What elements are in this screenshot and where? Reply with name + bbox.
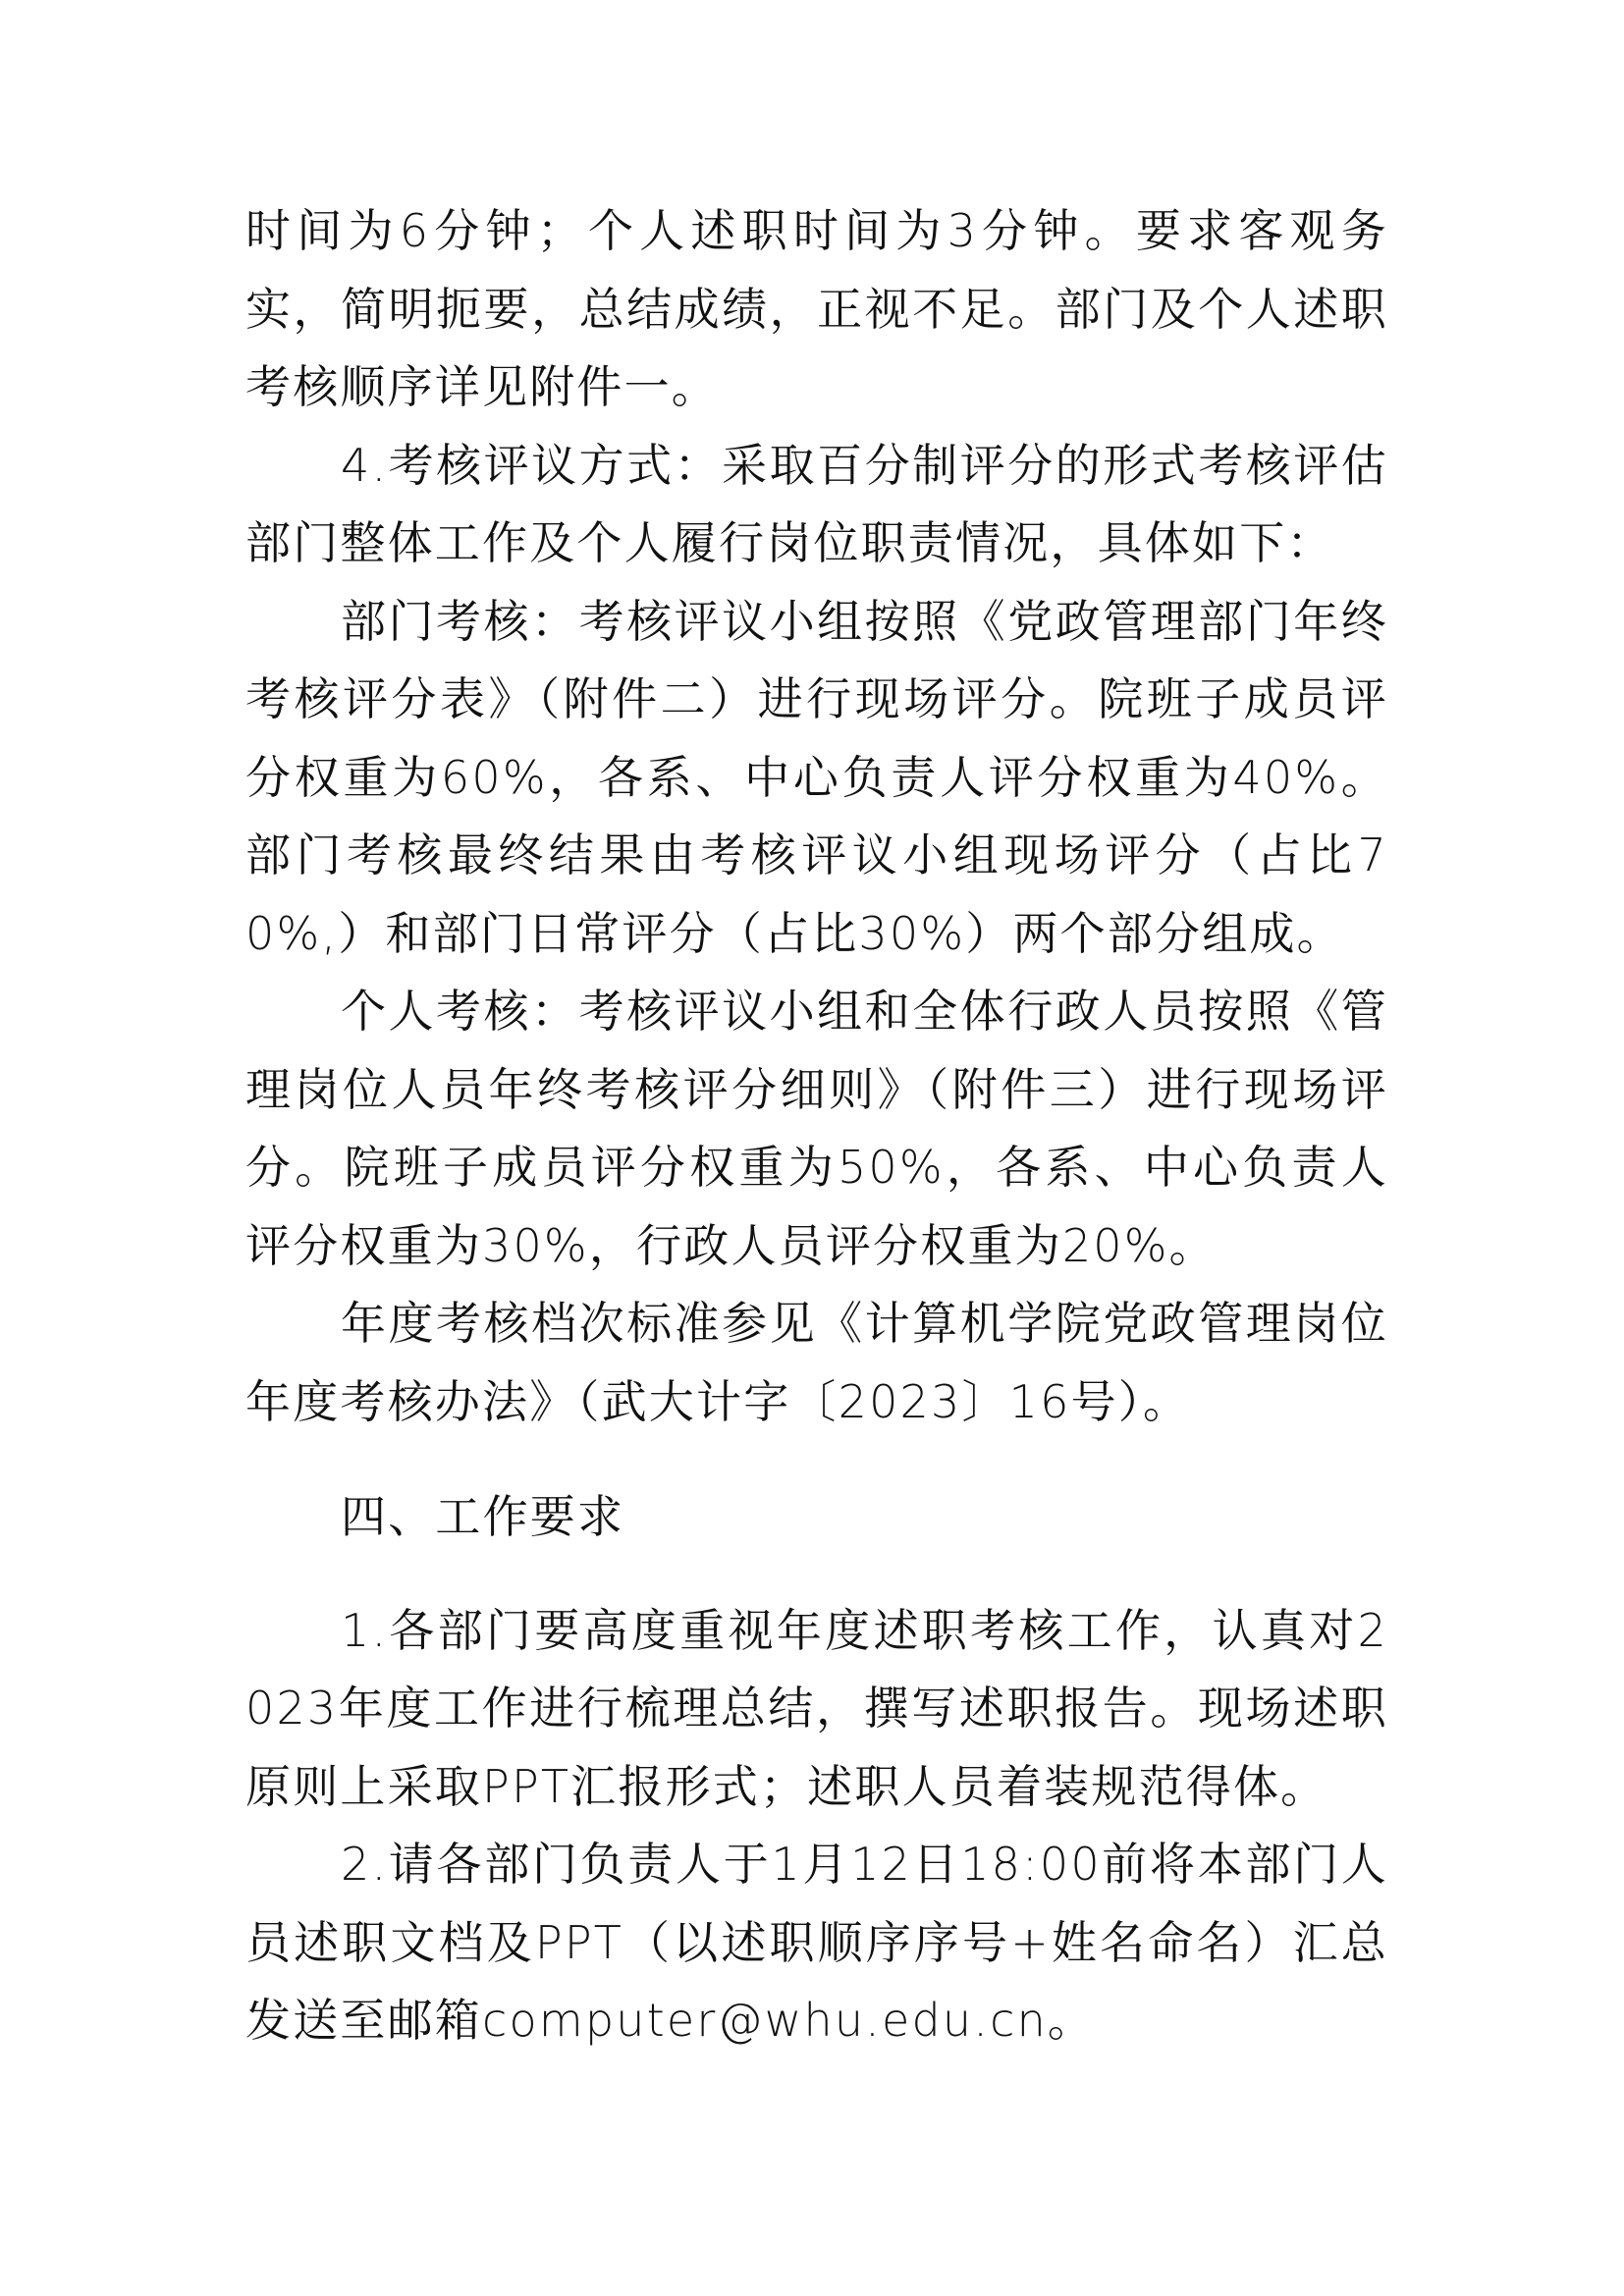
requirement-item-2: 2.请各部门负责人于1月12日18:00前将本部门人员述职文档及PPT（以述职顺…	[245, 1826, 1388, 2060]
requirement-item-1: 1.各部门要高度重视年度述职考核工作，认真对2023年度工作进行梳理总结，撰写述…	[245, 1592, 1388, 1827]
paragraph-individual-assessment: 个人考核：考核评议小组和全体行政人员按照《管理岗位人员年终考核评分细则》（附件三…	[245, 973, 1388, 1285]
paragraph-annual-standard: 年度考核档次标准参见《计算机学院党政管理岗位年度考核办法》（武大计字〔2023〕…	[245, 1285, 1388, 1441]
section-heading-work-requirements: 四、工作要求	[245, 1478, 1388, 1557]
paragraph-presentation-time: 时间为6分钟；个人述职时间为3分钟。要求客观务实，简明扼要，总结成绩，正视不足。…	[245, 192, 1388, 427]
paragraph-evaluation-method: 4.考核评议方式：采取百分制评分的形式考核评估部门整体工作及个人履行岗位职责情况…	[245, 427, 1388, 583]
paragraph-department-assessment: 部门考核：考核评议小组按照《党政管理部门年终考核评分表》（附件二）进行现场评分。…	[245, 583, 1388, 974]
document-page: 时间为6分钟；个人述职时间为3分钟。要求客观务实，简明扼要，总结成绩，正视不足。…	[245, 192, 1388, 2060]
